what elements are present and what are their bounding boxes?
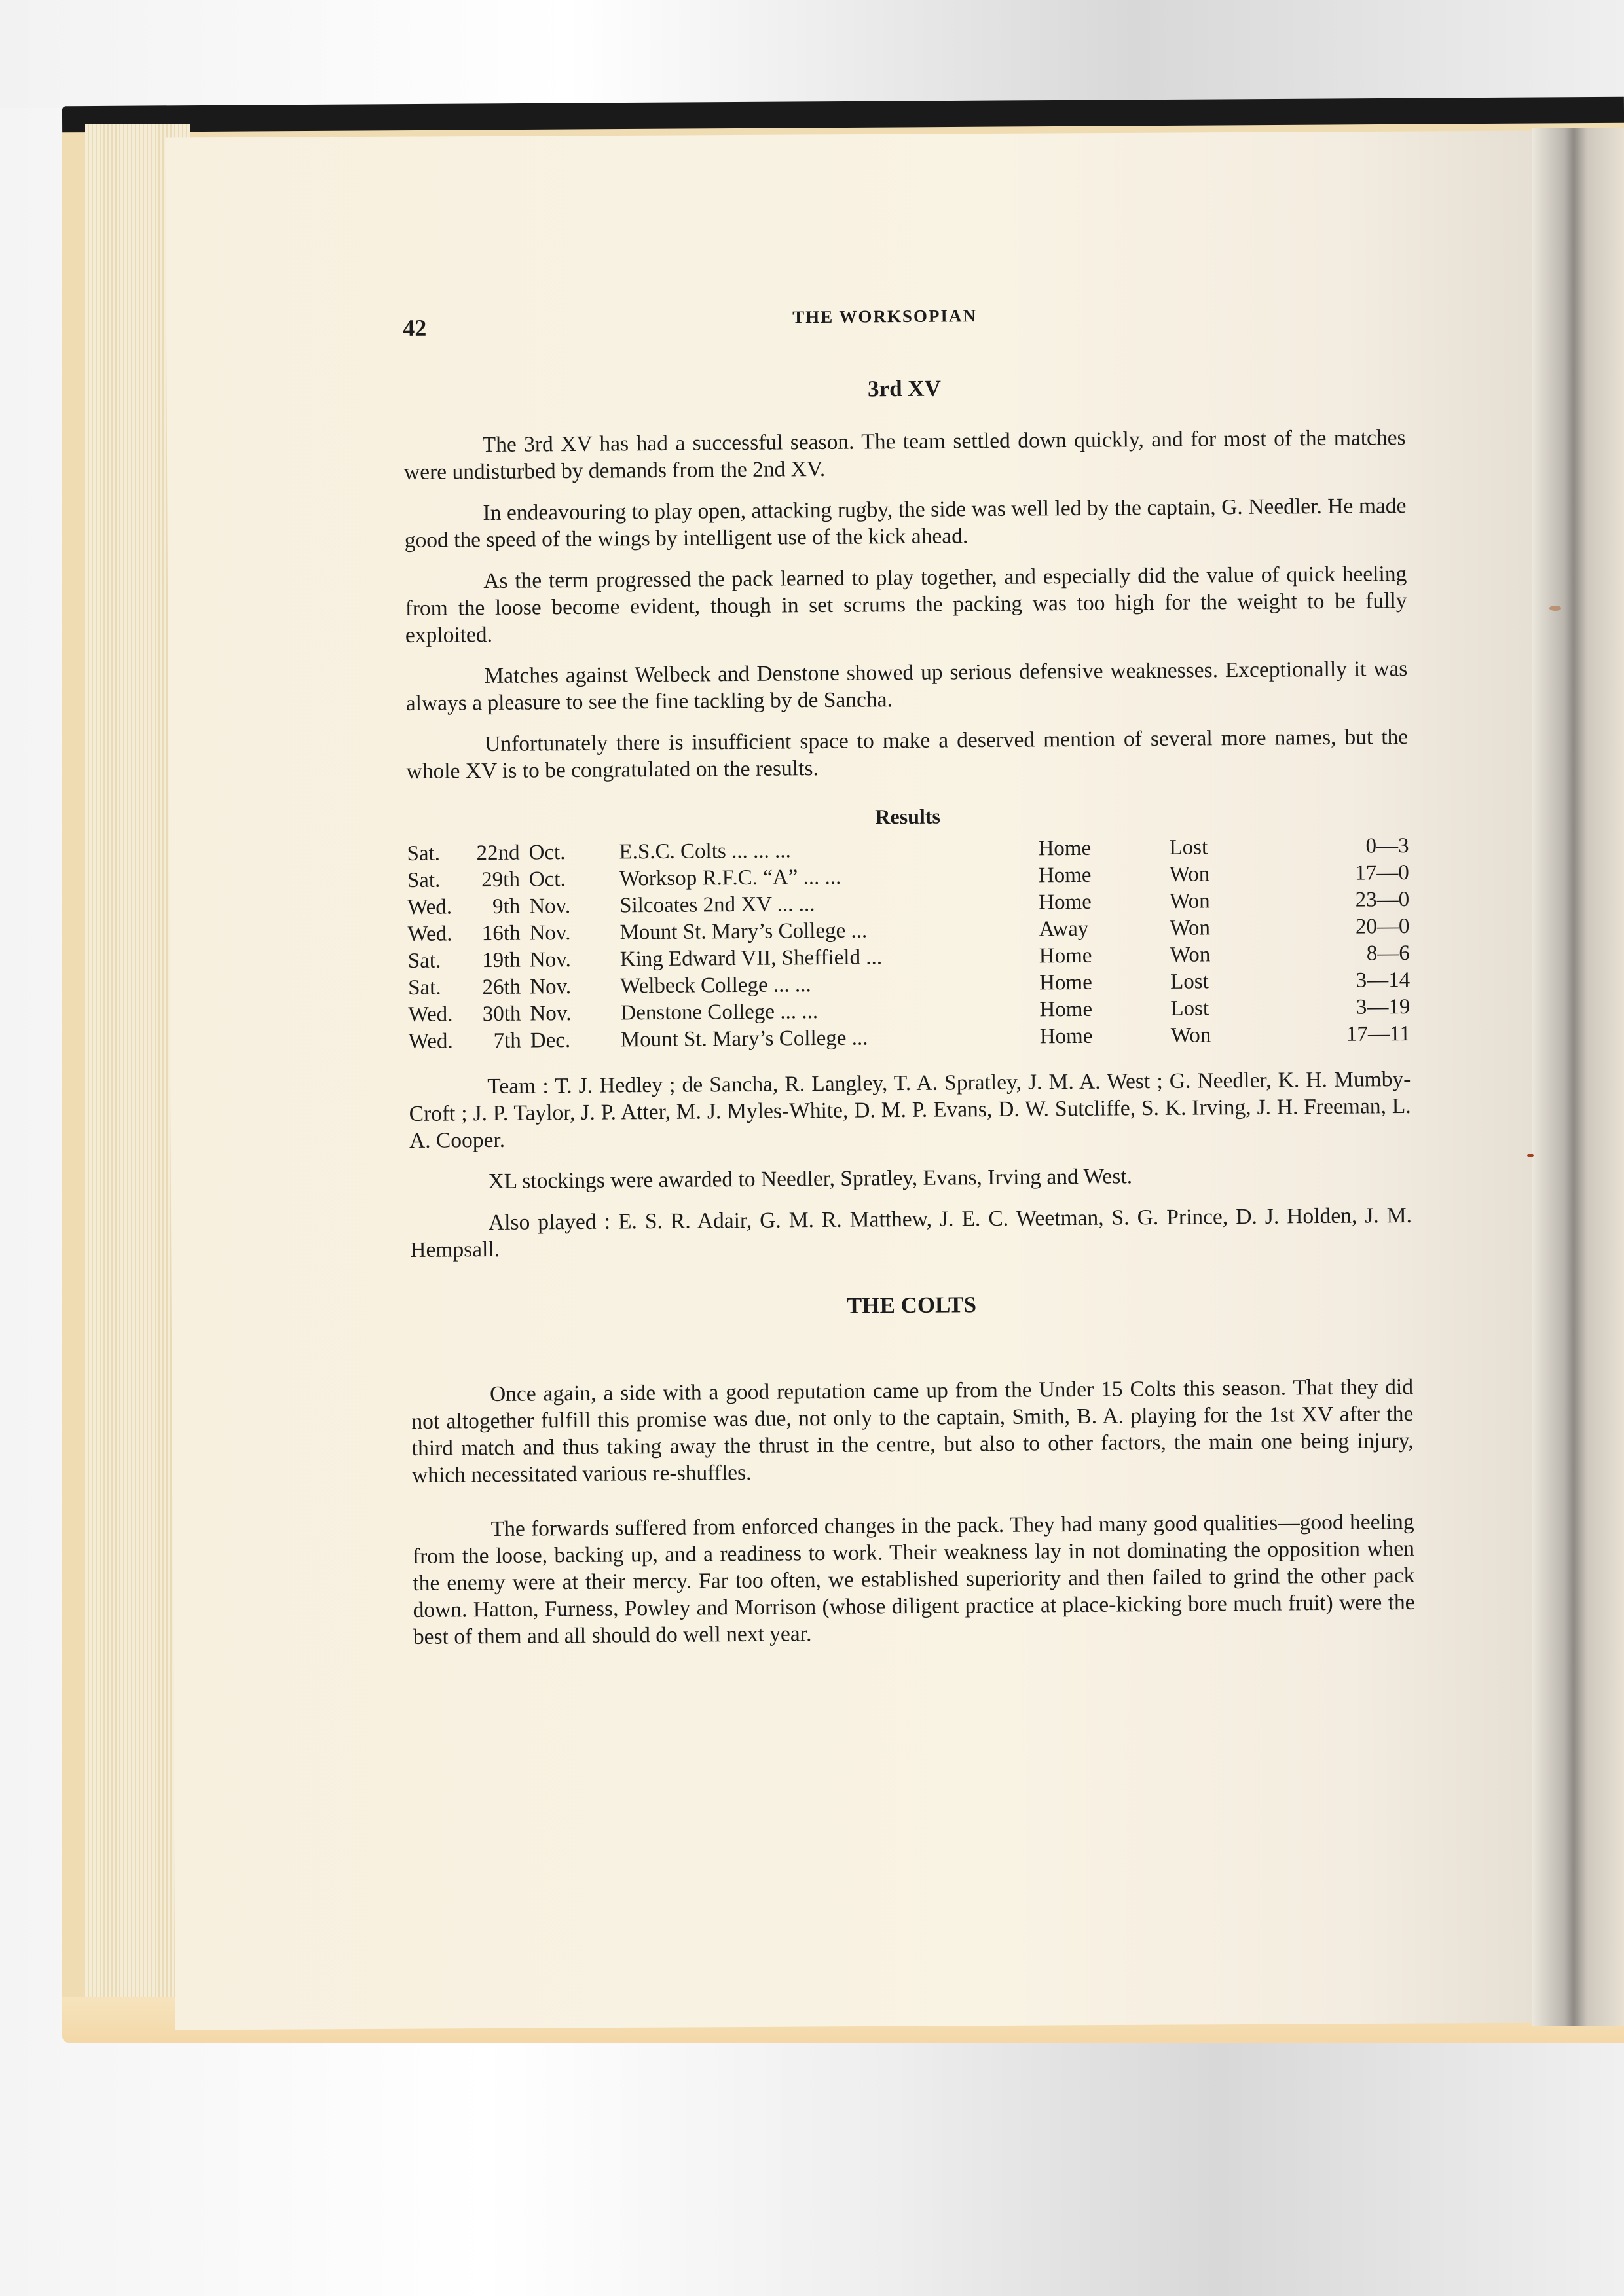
match-day: Sat. (407, 867, 460, 894)
opponent: Silcoates 2nd XV ... ... (619, 889, 1039, 919)
score: 3—19 (1275, 994, 1410, 1022)
stockings-awarded: XL stockings were awarded to Needler, Sp… (409, 1161, 1411, 1195)
venue: Home (1039, 969, 1170, 997)
results-table: Sat. 22nd Oct. E.S.C. Colts ... ... ... … (407, 833, 1411, 1055)
venue: Home (1039, 942, 1170, 970)
match-date: 9th (460, 894, 529, 921)
match-day: Sat. (408, 974, 460, 1002)
result: Won (1170, 861, 1274, 888)
score: 0—3 (1274, 833, 1409, 861)
match-date: 26th (460, 974, 530, 1002)
section-title-colts: THE COLTS (411, 1288, 1412, 1322)
venue: Home (1039, 862, 1170, 890)
team-list: Team : T. J. Hedley ; de Sancha, R. Lang… (409, 1066, 1411, 1154)
match-day: Wed. (408, 1001, 460, 1029)
match-month: Oct. (528, 839, 619, 866)
paper-stain (1527, 1154, 1534, 1157)
paper-stain (1549, 606, 1561, 611)
match-day: Wed. (409, 1028, 461, 1055)
opponent: Denstone College ... ... (620, 996, 1039, 1027)
match-month: Oct. (529, 866, 619, 893)
match-month: Nov. (529, 919, 619, 947)
match-month: Nov. (530, 946, 620, 974)
match-day: Wed. (407, 894, 460, 921)
opponent: Welbeck College ... ... (620, 970, 1039, 1000)
book-gutter (1532, 128, 1624, 2026)
match-date: 29th (460, 867, 529, 894)
match-month: Nov. (529, 892, 619, 920)
venue: Away (1039, 915, 1170, 943)
also-played: Also played : E. S. R. Adair, G. M. R. M… (410, 1202, 1412, 1264)
match-date: 19th (460, 947, 530, 975)
opponent: Worksop R.F.C. “A” ... ... (619, 862, 1039, 892)
results-heading: Results (407, 801, 1409, 833)
scanner-background (0, 0, 1624, 108)
venue: Home (1040, 1023, 1171, 1051)
result: Won (1170, 915, 1274, 942)
score: 17—11 (1276, 1021, 1411, 1049)
venue: Home (1039, 888, 1170, 917)
result: Lost (1170, 968, 1275, 996)
score: 20—0 (1274, 913, 1409, 941)
match-date: 7th (461, 1028, 530, 1055)
result: Won (1171, 1022, 1276, 1049)
match-month: Nov. (530, 973, 620, 1000)
paragraph: The 3rd XV has had a successful season. … (403, 424, 1406, 486)
paragraph: As the term progressed the pack learned … (405, 560, 1407, 649)
page-content: 42 THE WORKSOPIAN 3rd XV The 3rd XV has … (403, 300, 1415, 1665)
opponent: King Edward VII, Sheffield ... (620, 943, 1039, 973)
score: 8—6 (1275, 940, 1410, 968)
paragraph: Matches against Welbeck and Denstone sho… (405, 655, 1408, 717)
running-head: 42 THE WORKSOPIAN (403, 300, 1405, 347)
match-month: Nov. (530, 1000, 620, 1027)
match-date: 30th (460, 1001, 530, 1029)
match-date: 22nd (459, 840, 528, 867)
opponent: Mount St. Mary’s College ... (619, 916, 1039, 946)
journal-title: THE WORKSOPIAN (792, 306, 977, 327)
score: 23—0 (1274, 886, 1409, 915)
result: Won (1170, 941, 1275, 969)
result: Won (1170, 888, 1274, 915)
opponent: Mount St. Mary’s College ... (621, 1023, 1040, 1053)
venue: Home (1038, 835, 1169, 863)
paragraph: The forwards suffered from enforced chan… (412, 1508, 1415, 1650)
match-date: 16th (460, 920, 529, 948)
paragraph: Unfortunately there is insufficient spac… (406, 723, 1409, 785)
score: 3—14 (1275, 967, 1410, 995)
match-month: Dec. (530, 1027, 621, 1054)
venue: Home (1039, 996, 1170, 1024)
paragraph: In endeavouring to play open, attacking … (404, 492, 1407, 554)
result: Lost (1169, 834, 1274, 862)
match-day: Sat. (407, 840, 459, 867)
section-title-3rd-xv: 3rd XV (403, 372, 1405, 406)
paragraph: Once again, a side with a good reputatio… (411, 1374, 1414, 1489)
result: Lost (1170, 995, 1275, 1023)
score: 17—0 (1274, 860, 1409, 888)
match-day: Sat. (408, 947, 460, 975)
match-day: Wed. (407, 920, 460, 948)
opponent: E.S.C. Colts ... ... ... (619, 835, 1038, 866)
page-number: 42 (403, 314, 426, 342)
